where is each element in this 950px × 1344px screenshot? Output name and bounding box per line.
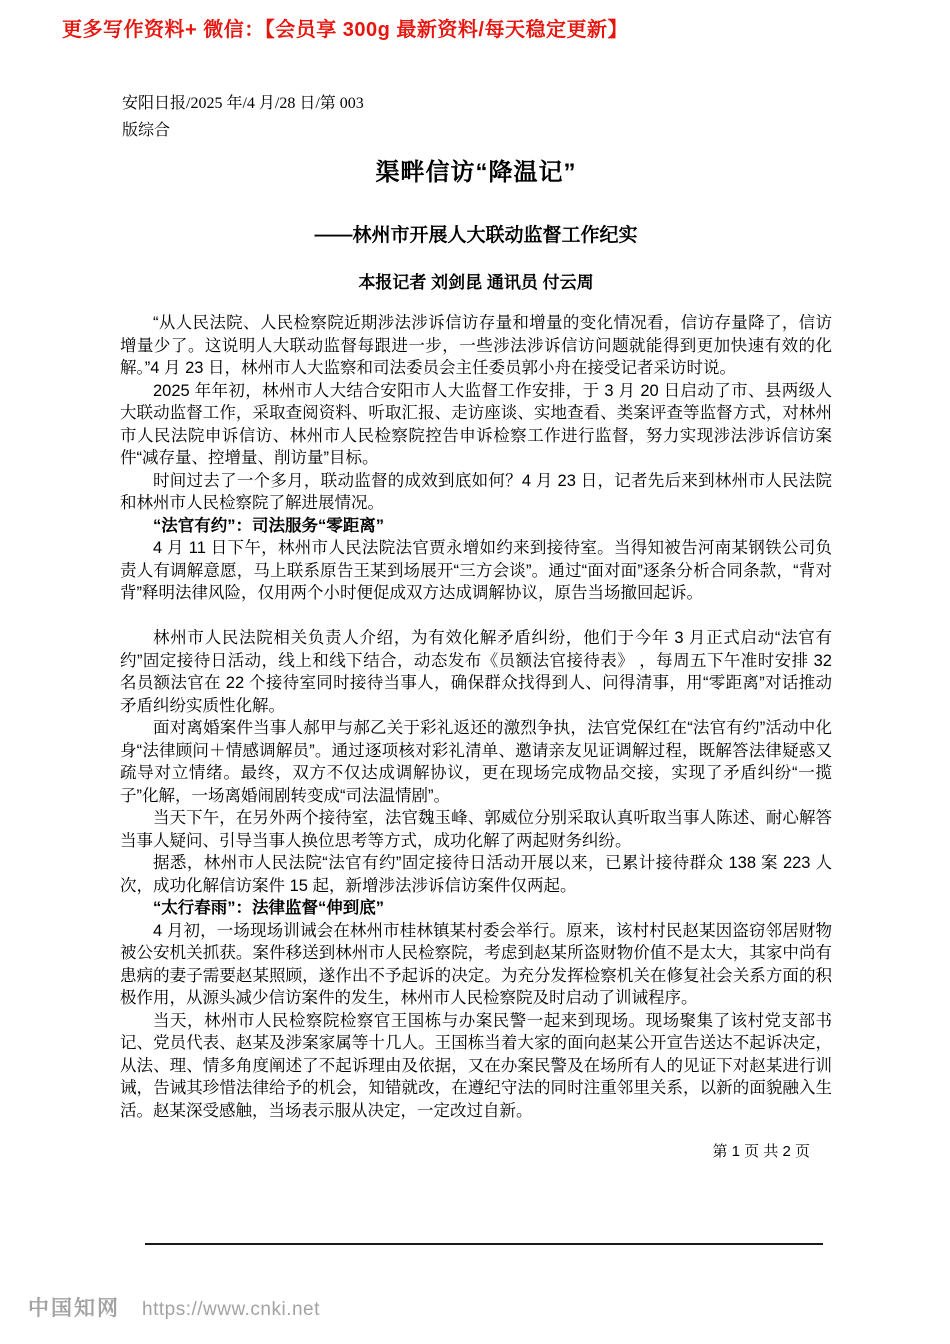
- article-title: 渠畔信访“降温记”: [120, 152, 832, 187]
- page-number: 第 1 页 共 2 页: [712, 1140, 810, 1161]
- document-page: 更多写作资料+ 微信：【会员享 300g 最新资料/每天稳定更新】 安阳日报/2…: [0, 0, 950, 1344]
- footer-divider-line: [145, 1243, 823, 1245]
- article-body: “从人民法院、人民检察院近期涉法涉诉信访存量和增量的变化情况看，信访存量降了，信…: [120, 312, 832, 1122]
- source-line2: 版综合: [122, 117, 364, 144]
- article-byline: 本报记者 刘剑昆 通讯员 付云周: [120, 268, 832, 293]
- paragraph: 据悉，林州市人民法院“法官有约”固定接待日活动开展以来，已累计接待群众 138 …: [120, 852, 832, 897]
- paragraph: 当天下午，在另外两个接待室，法官魏玉峰、郭威位分别采取认真听取当事人陈述、耐心解…: [120, 807, 832, 852]
- paragraph: 2025 年年初，林州市人大结合安阳市人大监督工作安排，于 3 月 20 日启动…: [120, 380, 832, 470]
- cnki-brand-label: 中国知网: [28, 1292, 120, 1322]
- paragraph-spacer: [120, 605, 832, 628]
- paragraph: 林州市人民法院相关负责人介绍，为有效化解矛盾纠纷，他们于今年 3 月正式启动“法…: [120, 627, 832, 717]
- section-subhead: “太行春雨”：法律监督“伸到底”: [120, 897, 832, 920]
- section-subhead: “法官有约”：司法服务“零距离”: [120, 515, 832, 538]
- cnki-url-text: https://www.cnki.net: [142, 1299, 320, 1321]
- article-subtitle: ——林州市开展人大联动监督工作纪实: [120, 220, 832, 247]
- source-info: 安阳日报/2025 年/4 月/28 日/第 003 版综合: [122, 90, 364, 144]
- promo-banner-text: 更多写作资料+ 微信：【会员享 300g 最新资料/每天稳定更新】: [62, 13, 628, 42]
- paragraph: “从人民法院、人民检察院近期涉法涉诉信访存量和增量的变化情况看，信访存量降了，信…: [120, 312, 832, 380]
- paragraph: 时间过去了一个多月，联动监督的成效到底如何？4 月 23 日，记者先后来到林州市…: [120, 470, 832, 515]
- footer-watermark: 中国知网 https://www.cnki.net: [28, 1292, 320, 1322]
- paragraph: 4 月初，一场现场训诫会在林州市桂林镇某村委会举行。原来，该村村民赵某因盗窃邻居…: [120, 920, 832, 1010]
- paragraph: 4 月 11 日下午，林州市人民法院法官贾永增如约来到接待室。当得知被告河南某钢…: [120, 537, 832, 605]
- paragraph: 当天，林州市人民检察院检察官王国栋与办案民警一起来到现场。现场聚集了该村党支部书…: [120, 1010, 832, 1123]
- paragraph: 面对离婚案件当事人郝甲与郝乙关于彩礼返还的激烈争执，法官党保红在“法官有约”活动…: [120, 717, 832, 807]
- source-line1: 安阳日报/2025 年/4 月/28 日/第 003: [122, 90, 364, 117]
